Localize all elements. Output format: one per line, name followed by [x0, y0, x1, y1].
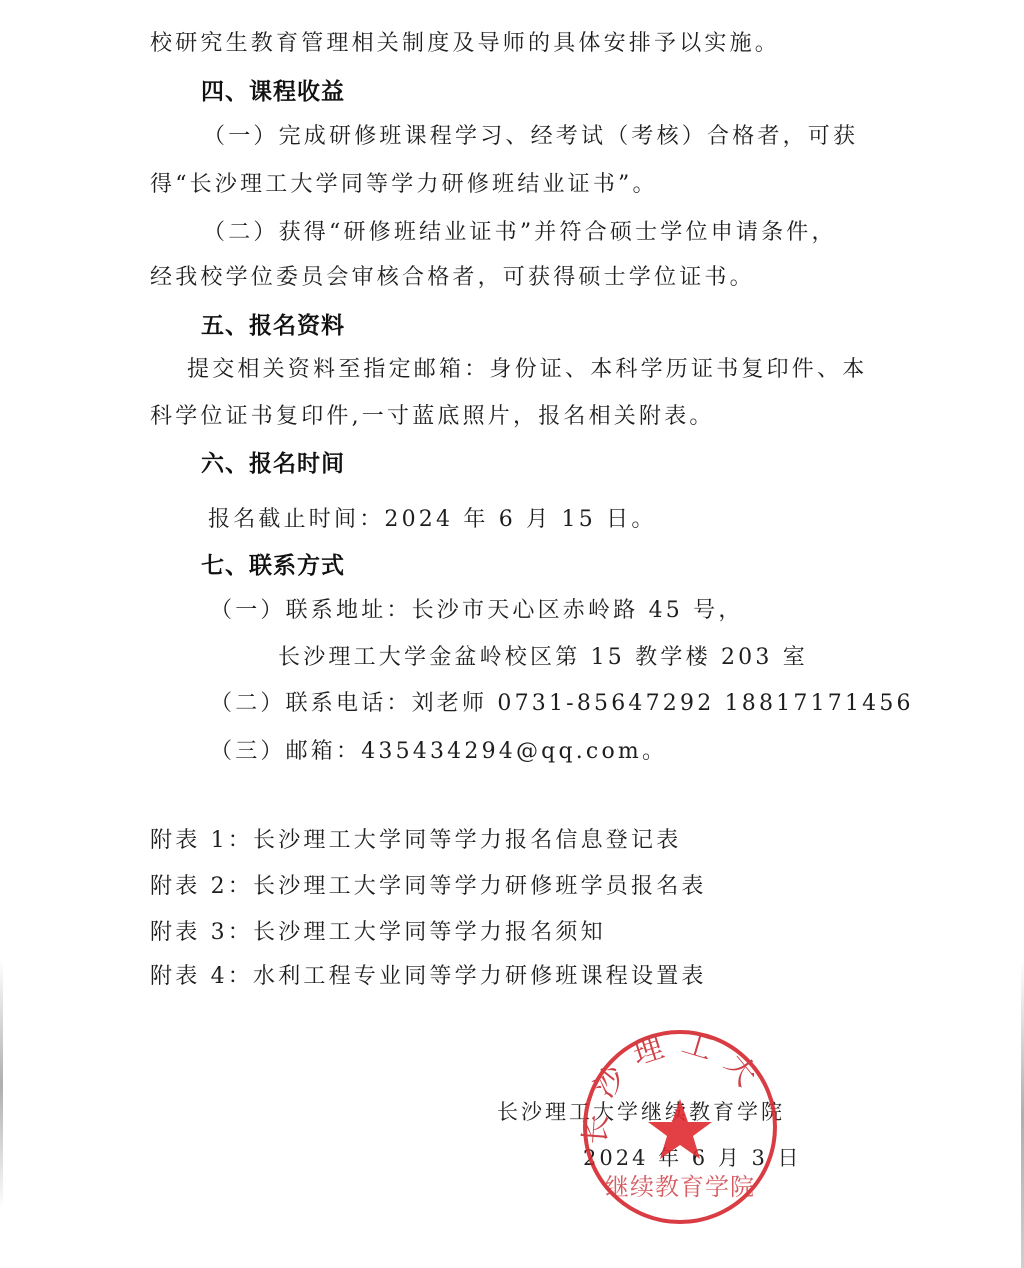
section-heading-contact: 七、联系方式	[201, 551, 345, 581]
paragraph-line: （一）完成研修班课程学习、经考试（考核）合格者，可获	[203, 122, 858, 152]
contact-email: （三）邮箱：435434294@qq.com。	[210, 737, 667, 767]
paragraph-line: 提交相关资料至指定邮箱：身份证、本科学历证书复印件、本	[187, 355, 867, 385]
attachment-item: 附表 4：水利工程专业同等学力研修班课程设置表	[150, 962, 707, 992]
signature-date: 2024 年 6 月 3 日	[583, 1144, 802, 1172]
attachment-item: 附表 1：长沙理工大学同等学力报名信息登记表	[150, 826, 681, 856]
svg-text:长沙理工大学: 长沙理工大学	[580, 1027, 772, 1146]
paragraph-line: 得“长沙理工大学同等学力研修班结业证书”。	[150, 170, 658, 200]
official-seal-icon: 长沙理工大学 继续教育学院	[580, 1027, 780, 1227]
signature-org: 长沙理工大学继续教育学院	[497, 1098, 785, 1126]
paragraph-line: 科学位证书复印件,一寸蓝底照片，报名相关附表。	[150, 402, 715, 432]
section-heading-materials: 五、报名资料	[201, 311, 345, 341]
contact-address-line2: 长沙理工大学金盆岭校区第 15 教学楼 203 室	[278, 643, 808, 673]
paragraph-line: （二）获得“研修班结业证书”并符合硕士学位申请条件，	[203, 218, 837, 248]
seal-outer-text: 长沙理工大学	[580, 1027, 772, 1146]
deadline-line: 报名截止时间：2024 年 6 月 15 日。	[208, 505, 657, 535]
attachment-item: 附表 3：长沙理工大学同等学力报名须知	[150, 918, 606, 948]
seal-inner-text: 继续教育学院	[605, 1173, 755, 1201]
contact-phone: （二）联系电话：刘老师 0731-85647292 18817171456	[210, 689, 914, 719]
attachment-item: 附表 2：长沙理工大学同等学力研修班学员报名表	[150, 872, 707, 902]
section-heading-time: 六、报名时间	[201, 449, 345, 479]
paragraph-line: 校研究生教育管理相关制度及导师的具体安排予以实施。	[150, 29, 780, 59]
section-heading-benefits: 四、课程收益	[201, 77, 345, 107]
scan-edge-left	[0, 960, 3, 1210]
paragraph-line: 经我校学位委员会审核合格者，可获得硕士学位证书。	[150, 263, 755, 293]
contact-address: （一）联系地址：长沙市天心区赤岭路 45 号，	[210, 596, 744, 626]
